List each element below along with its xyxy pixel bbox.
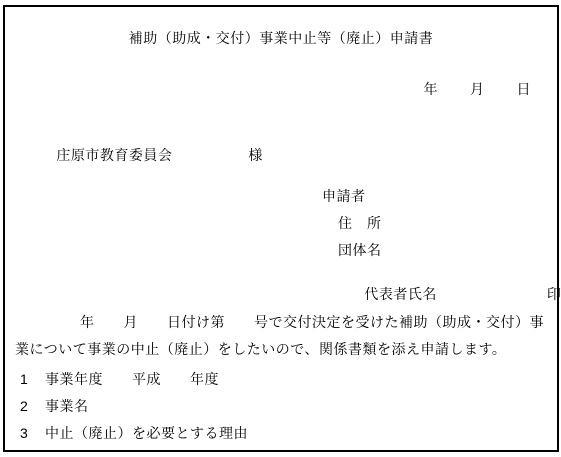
form-title: 補助（助成・交付）事業中止等（廃止）申請書 (5, 30, 557, 47)
list-item: 2 事業名 (20, 398, 89, 415)
applicant-representative-line: 代表者氏名印 (338, 269, 561, 320)
addressee-name: 庄原市教育委員会 (56, 147, 172, 163)
document-page: 補助（助成・交付）事業中止等（廃止）申請書 年 月 日 庄原市教育委員会様 申請… (0, 0, 561, 457)
date-month-label: 月 (470, 81, 485, 98)
item-text: 中止（廃止）を必要とする理由 (45, 425, 248, 442)
date-year-label: 年 (424, 81, 439, 98)
body-paragraph-line1: 年 月 日付け第 号で交付決定を受けた補助（助成・交付）事 (80, 314, 544, 331)
list-item: 1 事業年度 平成 年度 (20, 371, 219, 388)
item-text: 事業年度 平成 年度 (45, 371, 219, 388)
item-number: 2 (20, 398, 45, 415)
item-number: 1 (20, 371, 45, 388)
applicant-organization-label: 団体名 (338, 242, 382, 259)
item-number: 3 (20, 425, 45, 442)
date-line: 年 月 日 (424, 81, 532, 98)
applicant-heading: 申請者 (322, 188, 366, 205)
body-paragraph-line2: 業について事業の中止（廃止）をしたいので、関係書類を添え申請します。 (15, 341, 506, 358)
addressee-honorific: 様 (248, 147, 263, 163)
item-text: 事業名 (45, 398, 89, 415)
seal-label: 印 (547, 286, 561, 302)
form-border: 補助（助成・交付）事業中止等（廃止）申請書 年 月 日 庄原市教育委員会様 申請… (3, 5, 559, 452)
date-day-label: 日 (517, 81, 532, 98)
list-item: 3 中止（廃止）を必要とする理由 (20, 425, 248, 442)
addressee-line: 庄原市教育委員会様 (30, 130, 263, 181)
applicant-address-label: 住 所 (338, 215, 382, 232)
applicant-representative-label: 代表者氏名 (364, 286, 437, 302)
